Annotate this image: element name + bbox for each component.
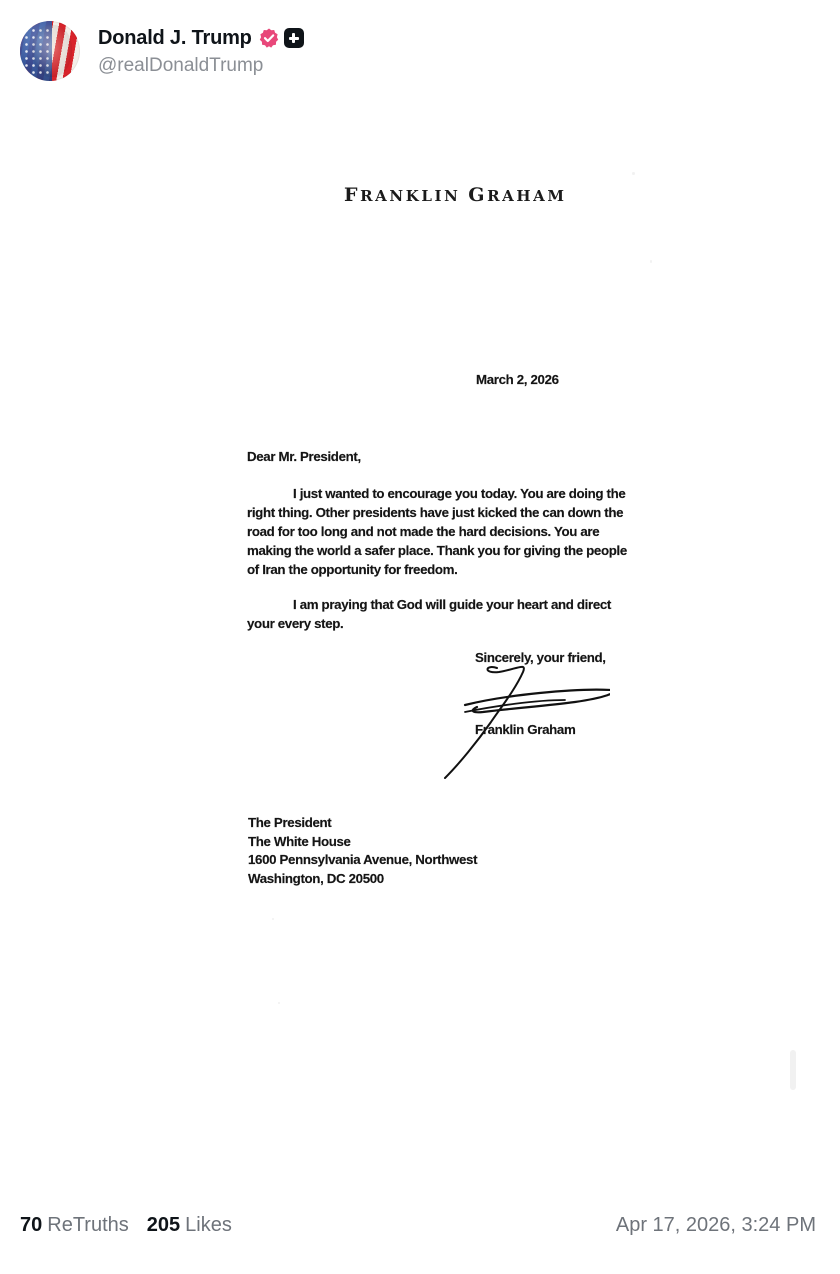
letter-image[interactable]: FRANKLIN GRAHAM March 2, 2026 Dear Mr. P… [20,110,820,1180]
address-line: Washington, DC 20500 [248,870,477,889]
letter-address: The President The White House 1600 Penns… [248,814,477,888]
scan-speck [278,1002,280,1004]
retruths-stat[interactable]: 70 ReTruths [20,1214,129,1237]
letter-paragraph: I am praying that God will guide your he… [247,595,687,633]
letter-paragraph: I just wanted to encourage you today. Yo… [247,484,687,579]
likes-stat[interactable]: 205 Likes [147,1214,232,1237]
post-stats: 70 ReTruths 205 Likes [20,1214,250,1237]
scan-speck [650,260,652,263]
plus-badge-icon [284,28,304,48]
letter-signer: Franklin Graham [475,722,575,737]
author-handle[interactable]: @realDonaldTrump [98,55,304,77]
retruths-label: ReTruths [47,1214,129,1237]
letterhead: FRANKLIN GRAHAM [344,184,567,206]
address-line: The White House [248,833,477,852]
post-timestamp[interactable]: Apr 17, 2026, 3:24 PM [616,1214,816,1237]
likes-label: Likes [185,1214,232,1237]
scan-smudge [790,1050,796,1090]
name-row: Donald J. Trump [98,25,304,51]
scan-speck [272,918,274,920]
author-identity: Donald J. Trump @realDonaldTrump [98,25,304,77]
letter-salutation: Dear Mr. President, [247,449,361,464]
post-header: Donald J. Trump @realDonaldTrump [20,20,304,82]
avatar[interactable] [20,21,80,81]
letter-date: March 2, 2026 [476,372,559,387]
address-line: The President [248,814,477,833]
retruths-count: 70 [20,1214,42,1237]
portrait-overlay [32,25,72,77]
scan-speck [632,172,635,175]
address-line: 1600 Pennsylvania Avenue, Northwest [248,851,477,870]
post-footer: 70 ReTruths 205 Likes Apr 17, 2026, 3:24… [20,1210,816,1240]
likes-count: 205 [147,1214,180,1237]
verified-badge-icon [258,27,280,49]
author-display-name[interactable]: Donald J. Trump [98,27,252,50]
